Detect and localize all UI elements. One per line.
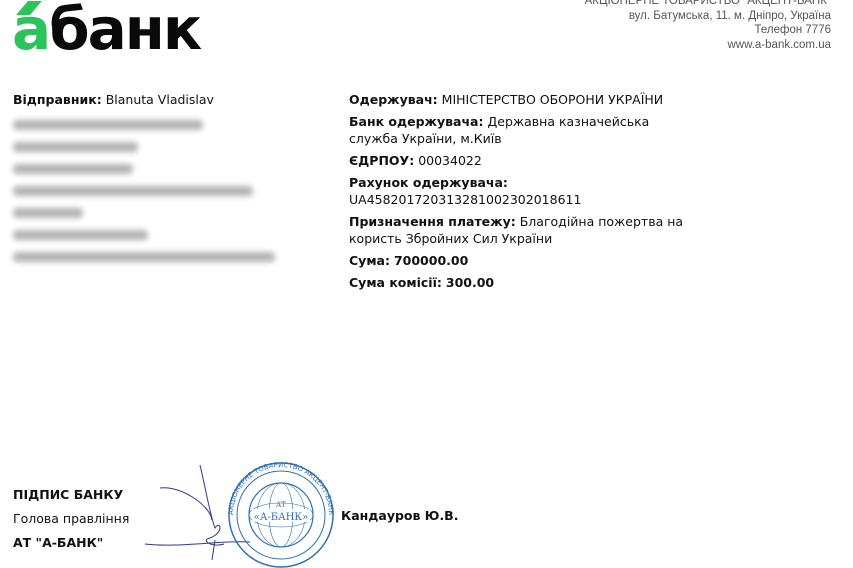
signer-name: Кандауров Ю.В. [341,508,458,523]
logo-accent-letter: а [12,0,49,63]
svg-text:АТ: АТ [276,501,286,509]
sender-field: Відправник: Blanuta Vladislav [13,91,313,108]
payee-bank-field: Банк одержувача: Державна казначейська с… [349,113,694,147]
signature-block: ПІДПИС БАНКУ Голова правління АТ "А-БАНК… [13,483,129,555]
recipient-block: Одержувач: МІНІСТЕРСТВО ОБОРОНИ УКРАЇНИ … [349,91,694,296]
redacted-row [13,186,253,196]
signer-position: Голова правління [13,507,129,531]
amount-field: Сума: 700000.00 [349,252,694,269]
sender-name: Blanuta Vladislav [106,92,214,107]
bank-address: вул. Батумська, 11. м. Дніпро, Україна [585,9,831,24]
sender-block: Відправник: Blanuta Vladislav [13,91,313,262]
redacted-row [13,120,203,130]
logo-text: банк [49,0,200,63]
signature-title: ПІДПИС БАНКУ [13,483,129,507]
redacted-row [13,230,148,240]
payee-field: Одержувач: МІНІСТЕРСТВО ОБОРОНИ УКРАЇНИ [349,91,694,108]
purpose-field: Призначення платежу: Благодійна пожертва… [349,213,694,247]
redacted-row [13,208,83,218]
redacted-row [13,164,133,174]
bank-legal-name: АКЦІОНЕРНЕ ТОВАРИСТВО "АКЦЕНТ-БАНК" [585,0,831,9]
bank-website: www.a-bank.com.ua [585,38,831,53]
redacted-row [13,252,275,262]
bank-phone: Телефон 7776 [585,23,831,38]
redacted-row [13,142,138,152]
abank-logo: абанк [12,0,200,64]
bank-stamp: АТ «А-БАНК» АКЦІОНЕРНЕ ТОВАРИСТВО АКЦЕНТ… [226,460,336,568]
svg-text:«А-БАНК»: «А-БАНК» [254,512,309,523]
bank-info: АКЦІОНЕРНЕ ТОВАРИСТВО "АКЦЕНТ-БАНК" вул.… [585,0,831,52]
edrpou-field: ЄДРПОУ: 00034022 [349,152,694,169]
commission-field: Сума комісії: 300.00 [349,274,694,291]
account-field: Рахунок одержувача:UA4582017203132810023… [349,174,694,208]
signer-org: АТ "А-БАНК" [13,531,129,555]
